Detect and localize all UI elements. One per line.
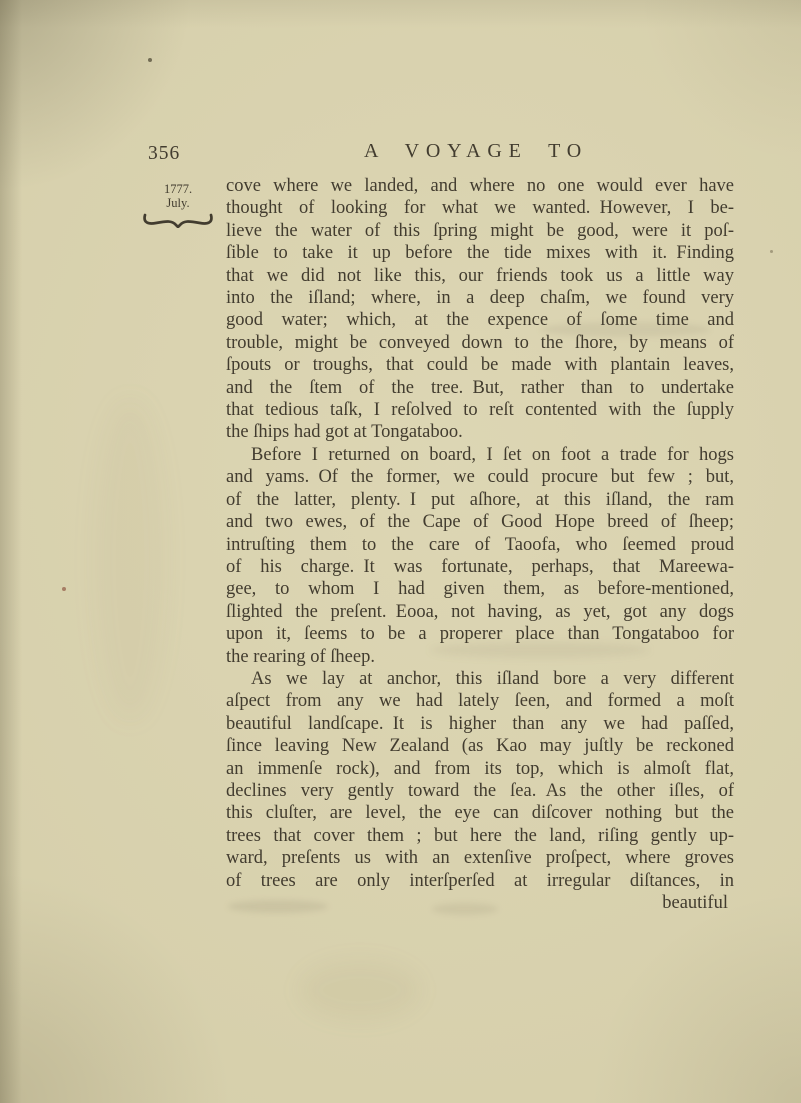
text-line: that tedious taſk, I reſolved to reſt co…: [226, 399, 734, 421]
text-line: declines very gently toward the ſea. As …: [226, 780, 734, 802]
catchword-row: beautiful: [226, 892, 728, 914]
text-line: thought of looking for what we wanted. H…: [226, 197, 734, 219]
text-line: aſpect from any we had lately ſeen, and …: [226, 690, 734, 712]
text-line: and two ewes, of the Cape of Good Hope b…: [226, 511, 734, 533]
text-line: ward, preſents us with an extenſive proſ…: [226, 847, 734, 869]
text-line: beautiful landſcape. It is higher than a…: [226, 713, 734, 735]
page-number: 356: [148, 143, 180, 165]
catchword: beautiful: [662, 893, 728, 913]
paper-speck: [62, 587, 66, 591]
text-line: of his charge. It was fortunate, perhaps…: [226, 556, 734, 578]
text-line: of trees are only interſperſed at irregu…: [226, 870, 734, 892]
text-line: the ſhips had got at Tongataboo.: [226, 421, 734, 443]
paper-speck: [148, 58, 152, 62]
text-line: into the iſland; where, in a deep chaſm,…: [226, 287, 734, 309]
text-line: ſpouts or troughs, that could be made wi…: [226, 354, 734, 376]
text-line: lieve the water of this ſpring might be …: [226, 220, 734, 242]
text-line: gee, to whom I had given them, as before…: [226, 578, 734, 600]
book-page-scan: 356 A VOYAGE TO 1777. July. cove where w…: [0, 0, 801, 1103]
text-line: Before I returned on board, I ſet on foo…: [226, 444, 734, 466]
text-line: and the ſtem of the tree. But, rather th…: [226, 377, 734, 399]
margin-note-date: 1777. July.: [138, 182, 218, 228]
text-line: As we lay at anchor, this iſland bore a …: [226, 668, 734, 690]
paper-stain: [300, 960, 420, 1020]
text-line: good water; which, at the expence of ſom…: [226, 309, 734, 331]
text-line: this cluſter, are level, the eye can diſ…: [226, 802, 734, 824]
text-line: ſible to take it up before the tide mixe…: [226, 242, 734, 264]
text-line: cove where we landed, and where no one w…: [226, 175, 734, 197]
paper-speck: [770, 250, 773, 253]
text-line: an immenſe rock), and from its top, whic…: [226, 758, 734, 780]
text-line: trees that cover them ; but here the lan…: [226, 825, 734, 847]
text-line: upon it, ſeems to be a properer place th…: [226, 623, 734, 645]
running-header: A VOYAGE TO: [226, 140, 726, 163]
text-line: that we did not like this, our friends t…: [226, 265, 734, 287]
text-line: trouble, might be conveyed down to the ſ…: [226, 332, 734, 354]
margin-note-month: July.: [138, 196, 218, 210]
margin-brace-icon: [142, 212, 214, 228]
text-line: intruſting them to the care of Taoofa, w…: [226, 534, 734, 556]
margin-note-year: 1777.: [138, 182, 218, 196]
text-line: of the latter, plenty. I put aſhore, at …: [226, 489, 734, 511]
text-line: ſince leaving New Zealand (as Kao may ju…: [226, 735, 734, 757]
text-line: and yams. Of the former, we could procur…: [226, 466, 734, 488]
body-text: cove where we landed, and where no one w…: [226, 175, 734, 892]
paper-stain: [95, 400, 165, 720]
text-line: the rearing of ſheep.: [226, 646, 734, 668]
text-line: ſlighted the preſent. Eooa, not having, …: [226, 601, 734, 623]
